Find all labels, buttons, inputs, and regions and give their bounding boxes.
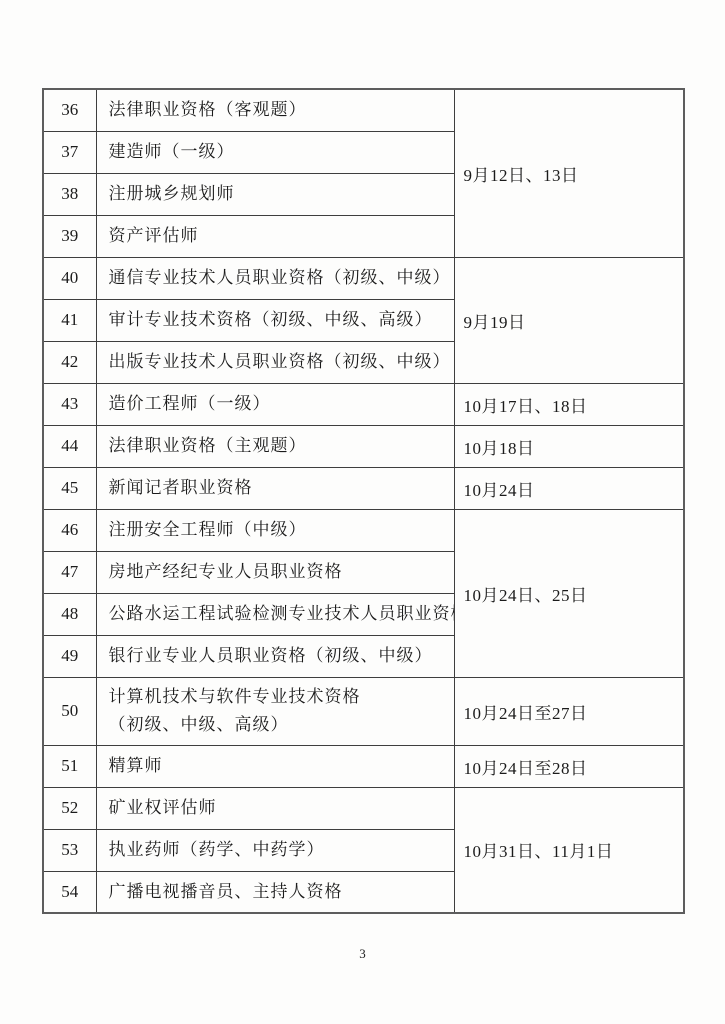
exam-name-cell: 造价工程师（一级） [96,383,454,425]
page-number: 3 [0,946,725,962]
exam-name-cell: 注册安全工程师（中级） [96,509,454,551]
exam-date-cell: 10月24日至27日 [454,677,684,745]
exam-name-cell: 法律职业资格（主观题） [96,425,454,467]
exam-name-cell: 执业药师（药学、中药学） [96,829,454,871]
exam-date-cell: 10月24日 [454,467,684,509]
row-number-cell: 40 [43,257,96,299]
table-row: 52 矿业权评估师 10月31日、11月1日 [43,787,684,829]
exam-date-cell: 10月24日至28日 [454,745,684,787]
table-row: 36 法律职业资格（客观题） 9月12日、13日 [43,89,684,131]
row-number-cell: 52 [43,787,96,829]
exam-name-cell: 建造师（一级） [96,131,454,173]
row-number-cell: 51 [43,745,96,787]
row-number-cell: 37 [43,131,96,173]
exam-date-cell: 10月24日、25日 [454,509,684,677]
row-number-cell: 48 [43,593,96,635]
exam-name-cell: 广播电视播音员、主持人资格 [96,871,454,913]
table-row: 43 造价工程师（一级） 10月17日、18日 [43,383,684,425]
row-number-cell: 36 [43,89,96,131]
document-page: 36 法律职业资格（客观题） 9月12日、13日 37 建造师（一级） 38 注… [0,0,725,1024]
row-number-cell: 41 [43,299,96,341]
table-row: 50 计算机技术与软件专业技术资格 （初级、中级、高级） 10月24日至27日 [43,677,684,745]
row-number-cell: 54 [43,871,96,913]
row-number-cell: 43 [43,383,96,425]
row-number-cell: 42 [43,341,96,383]
row-number-cell: 38 [43,173,96,215]
row-number-cell: 53 [43,829,96,871]
exam-name-cell: 法律职业资格（客观题） [96,89,454,131]
table-row: 45 新闻记者职业资格 10月24日 [43,467,684,509]
exam-name-cell: 通信专业技术人员职业资格（初级、中级） [96,257,454,299]
row-number-cell: 47 [43,551,96,593]
row-number-cell: 45 [43,467,96,509]
exam-name-cell: 矿业权评估师 [96,787,454,829]
exam-name-cell: 审计专业技术资格（初级、中级、高级） [96,299,454,341]
exam-name-cell: 新闻记者职业资格 [96,467,454,509]
exam-date-cell: 10月31日、11月1日 [454,787,684,913]
exam-name-line1: 计算机技术与软件专业技术资格 [109,683,454,711]
exam-name-cell: 计算机技术与软件专业技术资格 （初级、中级、高级） [96,677,454,745]
exam-date-cell: 9月19日 [454,257,684,383]
exam-date-cell: 10月18日 [454,425,684,467]
exam-schedule-table: 36 法律职业资格（客观题） 9月12日、13日 37 建造师（一级） 38 注… [42,88,685,914]
table-row: 44 法律职业资格（主观题） 10月18日 [43,425,684,467]
row-number-cell: 46 [43,509,96,551]
row-number-cell: 49 [43,635,96,677]
exam-name-cell: 房地产经纪专业人员职业资格 [96,551,454,593]
row-number-cell: 39 [43,215,96,257]
exam-name-cell: 资产评估师 [96,215,454,257]
exam-date-cell: 10月17日、18日 [454,383,684,425]
exam-name-cell: 注册城乡规划师 [96,173,454,215]
exam-name-cell: 出版专业技术人员职业资格（初级、中级） [96,341,454,383]
exam-name-cell: 银行业专业人员职业资格（初级、中级） [96,635,454,677]
exam-name-line2: （初级、中级、高级） [109,711,454,739]
exam-date-cell: 9月12日、13日 [454,89,684,257]
table-row: 46 注册安全工程师（中级） 10月24日、25日 [43,509,684,551]
table-row: 40 通信专业技术人员职业资格（初级、中级） 9月19日 [43,257,684,299]
exam-name-cell: 公路水运工程试验检测专业技术人员职业资格 [96,593,454,635]
row-number-cell: 44 [43,425,96,467]
table-row: 51 精算师 10月24日至28日 [43,745,684,787]
exam-name-cell: 精算师 [96,745,454,787]
row-number-cell: 50 [43,677,96,745]
